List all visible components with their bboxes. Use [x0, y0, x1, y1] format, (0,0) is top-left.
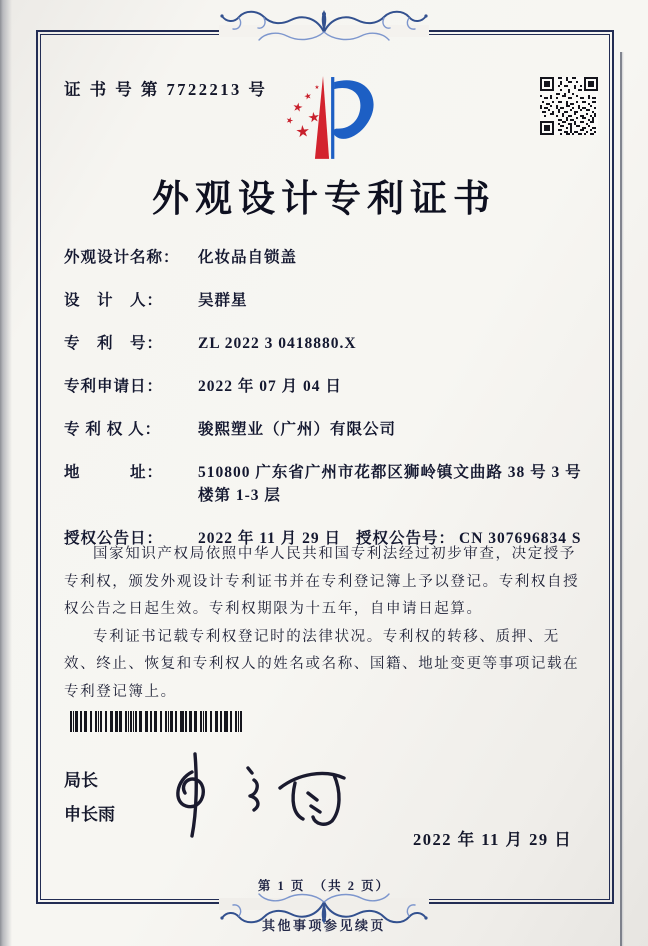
- page-indicator: 第 1 页 （共 2 页）: [0, 876, 648, 894]
- field-designer: 设 计 人： 吴群星: [64, 289, 590, 312]
- field-label: 专 利 权 人：: [64, 418, 198, 441]
- patent-office-emblem-icon: [256, 74, 388, 170]
- field-patent-number: 专 利 号： ZL 2022 3 0418880.X: [64, 332, 590, 355]
- continuation-note: 其他事项参见续页: [0, 915, 648, 934]
- legal-paragraph-2: 专利证书记载专利权登记时的法律状况。专利权的转移、质押、无效、终止、恢复和专利权…: [64, 624, 588, 707]
- field-design-name: 外观设计名称： 化妆品自锁盖: [64, 246, 590, 269]
- field-label: 外观设计名称：: [64, 246, 198, 269]
- field-address: 地 址： 510800 广东省广州市花都区狮岭镇文曲路 38 号 3 号楼第 1…: [64, 461, 590, 507]
- field-value: ZL 2022 3 0418880.X: [198, 332, 590, 355]
- signer-block: 局长 申长雨: [64, 764, 115, 832]
- field-label: 地 址：: [64, 461, 198, 507]
- scan-spine-shadow: [0, 0, 12, 946]
- field-label: 设 计 人：: [64, 289, 198, 312]
- patent-certificate-scan: 证 书 号 第 7722213 号: [0, 0, 648, 946]
- certificate-number: 证 书 号 第 7722213 号: [64, 76, 267, 100]
- field-value: 吴群星: [198, 289, 590, 312]
- certificate-title: 外观设计专利证书: [0, 168, 648, 222]
- qr-code: [540, 77, 598, 135]
- field-label: 专 利 号：: [64, 332, 198, 355]
- field-value: 骏熙塑业（广州）有限公司: [198, 418, 590, 441]
- field-value: 化妆品自锁盖: [198, 246, 590, 269]
- field-filing-date: 专利申请日： 2022 年 07 月 04 日: [64, 375, 590, 398]
- field-patentee: 专 利 权 人： 骏熙塑业（广州）有限公司: [64, 418, 590, 441]
- legal-paragraph-1: 国家知识产权局依照中华人民共和国专利法经过初步审查，决定授予专利权，颁发外观设计…: [64, 541, 588, 624]
- signer-title: 局长: [64, 764, 115, 798]
- barcode: [70, 711, 242, 732]
- issue-date: 2022 年 11 月 29 日: [413, 826, 572, 850]
- legal-text: 国家知识产权局依照中华人民共和国专利法经过初步审查，决定授予专利权，颁发外观设计…: [64, 541, 588, 706]
- field-value: 510800 广东省广州市花都区狮岭镇文曲路 38 号 3 号楼第 1-3 层: [198, 461, 590, 507]
- field-value: 2022 年 07 月 04 日: [198, 375, 590, 398]
- certificate-fields: 外观设计名称： 化妆品自锁盖 设 计 人： 吴群星 专 利 号： ZL 2022…: [64, 246, 590, 570]
- commissioner-signature: [162, 748, 372, 848]
- field-label: 专利申请日：: [64, 375, 198, 398]
- signer-name: 申长雨: [64, 798, 115, 832]
- top-flourish-ornament: [219, 2, 429, 54]
